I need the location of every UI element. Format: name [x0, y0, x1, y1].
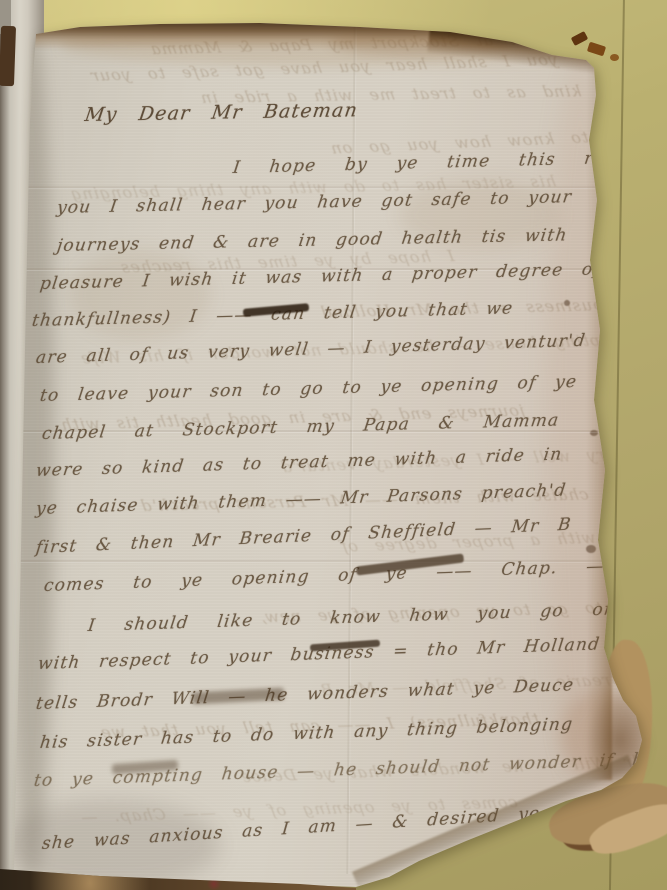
- letter-line: ye chaise with them —— Mr Parsons preach…: [35, 480, 568, 519]
- letter-page-wrapper: chapel at Stockport my Papa & Mamma you …: [0, 0, 667, 890]
- letter-line: tells Brodr Will — he wonders what ye De…: [35, 675, 576, 714]
- letter-salutation: My Dear Mr Bateman: [83, 99, 359, 126]
- edge-fragment: [610, 54, 619, 61]
- letter-line: with respect to your business = tho Mr H…: [37, 634, 602, 674]
- letter-line: first & then Mr Brearie of Sheffield — M…: [35, 515, 573, 559]
- letter-line: I hope by ye time this reaches: [232, 147, 662, 178]
- margin-note: 7: [596, 386, 605, 402]
- letter-line: comes to ye opening of ye —— Chap. —: [43, 556, 606, 596]
- letter-page: chapel at Stockport my Papa & Mamma you …: [0, 0, 667, 890]
- photograph-of-manuscript: chapel at Stockport my Papa & Mamma you …: [0, 0, 667, 890]
- browned-right-edge: [578, 40, 612, 780]
